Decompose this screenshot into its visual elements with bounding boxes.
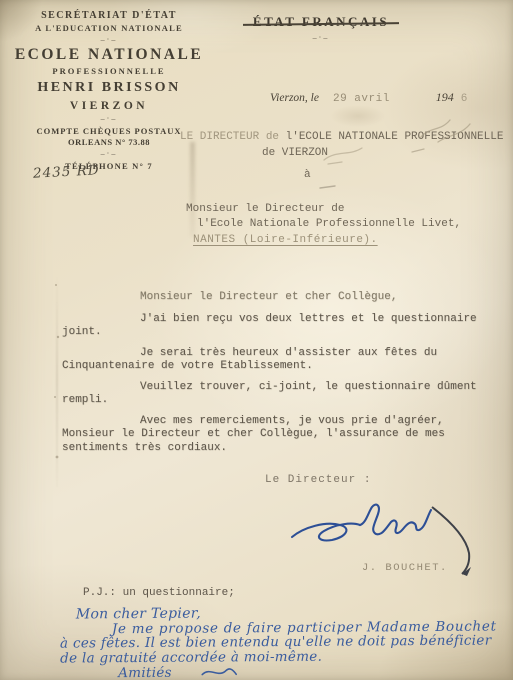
dateline: Vierzon, le 29 avril 194 6 <box>270 88 467 106</box>
paragraph-4: Avec mes remerciements, je vous prie d'a… <box>62 415 498 456</box>
letterhead: SECRÉTARIAT D'ÉTAT A L'EDUCATION NATIONA… <box>10 10 208 171</box>
ornament-divider-icon: ‒·‒ <box>10 150 208 158</box>
recipient-preposition: à <box>304 169 311 181</box>
letterhead-school-type: PROFESSIONNELLE <box>10 66 208 76</box>
amities-flourish-icon <box>198 664 240 680</box>
dateline-printed-place: Vierzon, le <box>270 92 319 104</box>
dateline-printed-year: 194 <box>436 90 454 104</box>
recipient-line3-underlined: NANTES (Loire-Inférieure). <box>186 233 461 248</box>
state-title-struck: ÉTAT FRANÇAIS <box>253 14 389 30</box>
paragraph-2: Je serai très heureux d'assister aux fêt… <box>62 347 498 374</box>
ornament-divider-icon: ‒·‒ <box>10 36 208 44</box>
letterhead-ccp-line2: ORLEANS N° 73.88 <box>10 137 208 147</box>
dateline-typed-year-digit: 6 <box>461 93 468 105</box>
paper-speckles <box>50 275 64 485</box>
letterhead-secretariat-line2: A L'EDUCATION NATIONALE <box>10 23 208 33</box>
letterhead-school-name: ECOLE NATIONALE <box>10 46 208 64</box>
sender-line1-faded: LE DIRECTEUR de <box>180 131 286 143</box>
typed-signer-name: J. BOUCHET. <box>362 562 448 574</box>
letterhead-ccp-line1: COMPTE CHÈQUES POSTAUX <box>10 126 208 136</box>
scanned-letter-page: SECRÉTARIAT D'ÉTAT A L'EDUCATION NATIONA… <box>0 0 513 680</box>
recipient-line2: l'Ecole Nationale Professionnelle Livet, <box>186 217 461 232</box>
letterhead-school-city: VIERZON <box>10 100 208 112</box>
ornament-divider-icon: ‒·‒ <box>248 34 394 42</box>
recipient-block: Monsieur le Directeur de l'Ecole Nationa… <box>186 202 461 247</box>
salutation: Monsieur le Directeur et cher Collègue, <box>62 291 498 305</box>
letterhead-school-person: HENRI BRISSON <box>10 80 208 96</box>
margin-registry-note: 2435 RD <box>33 162 100 181</box>
handwritten-note: Mon cher Tepier, Je me propose de faire … <box>60 604 509 680</box>
paragraph-1: J'ai bien reçu vos deux lettres et le qu… <box>62 313 498 340</box>
paragraph-3: Veuillez trouver, ci-joint, le questionn… <box>62 381 498 408</box>
postscript-enclosure: P.J.: un questionnaire; <box>83 587 235 599</box>
state-header: ÉTAT FRANÇAIS ‒·‒ <box>248 13 394 43</box>
pencil-dash-icon <box>318 183 338 191</box>
pencil-scribble-icon <box>406 108 478 156</box>
ornament-divider-icon: ‒·‒ <box>10 115 208 123</box>
pencil-scribble-icon <box>320 144 376 166</box>
note-signoff: Amitiés <box>118 666 172 680</box>
recipient-line1: Monsieur le Directeur de <box>186 202 461 217</box>
letterhead-secretariat-line1: SECRÉTARIAT D'ÉTAT <box>10 10 208 21</box>
letter-body: Monsieur le Directeur et cher Collègue, … <box>62 291 498 462</box>
paper-crease <box>190 142 195 237</box>
signoff-title: Le Directeur : <box>265 474 371 486</box>
dateline-typed-day-month: 29 avril <box>333 93 390 105</box>
